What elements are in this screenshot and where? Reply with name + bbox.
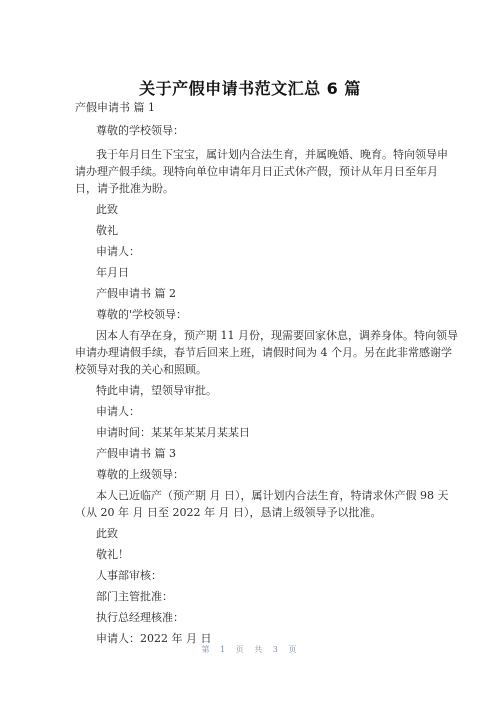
body-line: 产假申请书 篇 1 [75,101,155,115]
body-line: 我于年月日生下宝宝，属计划内合法生育，并属晚婚、晚育。特向领导申 [96,148,448,162]
body-line: 敬礼！ [96,548,129,562]
body-line: 人事部审核： [96,569,162,583]
body-line: 尊敬的'学校领导： [96,308,187,322]
body-line: 因本人有孕在身，预产期 11 月份，现需要回家休息，调养身体。特向领导 [96,329,458,343]
body-line: 申请人： [96,245,140,259]
body-line: 本人已近临产（预产期 月 日），属计划内合法生育，特请求休产假 98 天 [96,489,448,503]
body-line: 此致 [96,203,118,217]
page-indicator: 第 1 页 共 3 页 [0,644,500,655]
body-line: 年月日 [96,266,129,280]
body-line: （从 20 年 月 日至 2022 年 月 日），恳请上级领导予以批准。 [75,506,381,520]
body-line: 申请办理请假手续，春节后回来上班，请假时间为 4 个月。另在此非常感谢学 [75,346,452,360]
body-line: 申请时间：某某年某某月某某日 [96,426,250,440]
body-line: 部门主管批准： [96,590,173,604]
body-line: 产假申请书 篇 2 [96,287,176,301]
body-line: 此致 [96,527,118,541]
document-page: 关于产假申请书范文汇总 6 篇 产假申请书 篇 1尊敬的学校领导：我于年月日生下… [0,0,500,707]
document-title: 关于产假申请书范文汇总 6 篇 [0,76,500,99]
body-line: 申请人： [96,405,140,419]
body-line: 特此申请，望领导审批。 [96,384,217,398]
body-line: 日，请予批准为盼。 [75,182,174,196]
body-line: 校领导对我的关心和照顾。 [75,363,207,377]
body-line: 请办理产假手续。现特向单位申请年月日正式休产假，预计从年月日至年月 [75,165,438,179]
body-line: 尊敬的学校领导： [96,124,184,138]
body-line: 敬礼 [96,224,118,238]
body-line: 产假申请书 篇 3 [96,447,176,461]
body-line: 执行总经理核准： [96,611,184,625]
body-line: 尊敬的上级领导： [96,468,184,482]
